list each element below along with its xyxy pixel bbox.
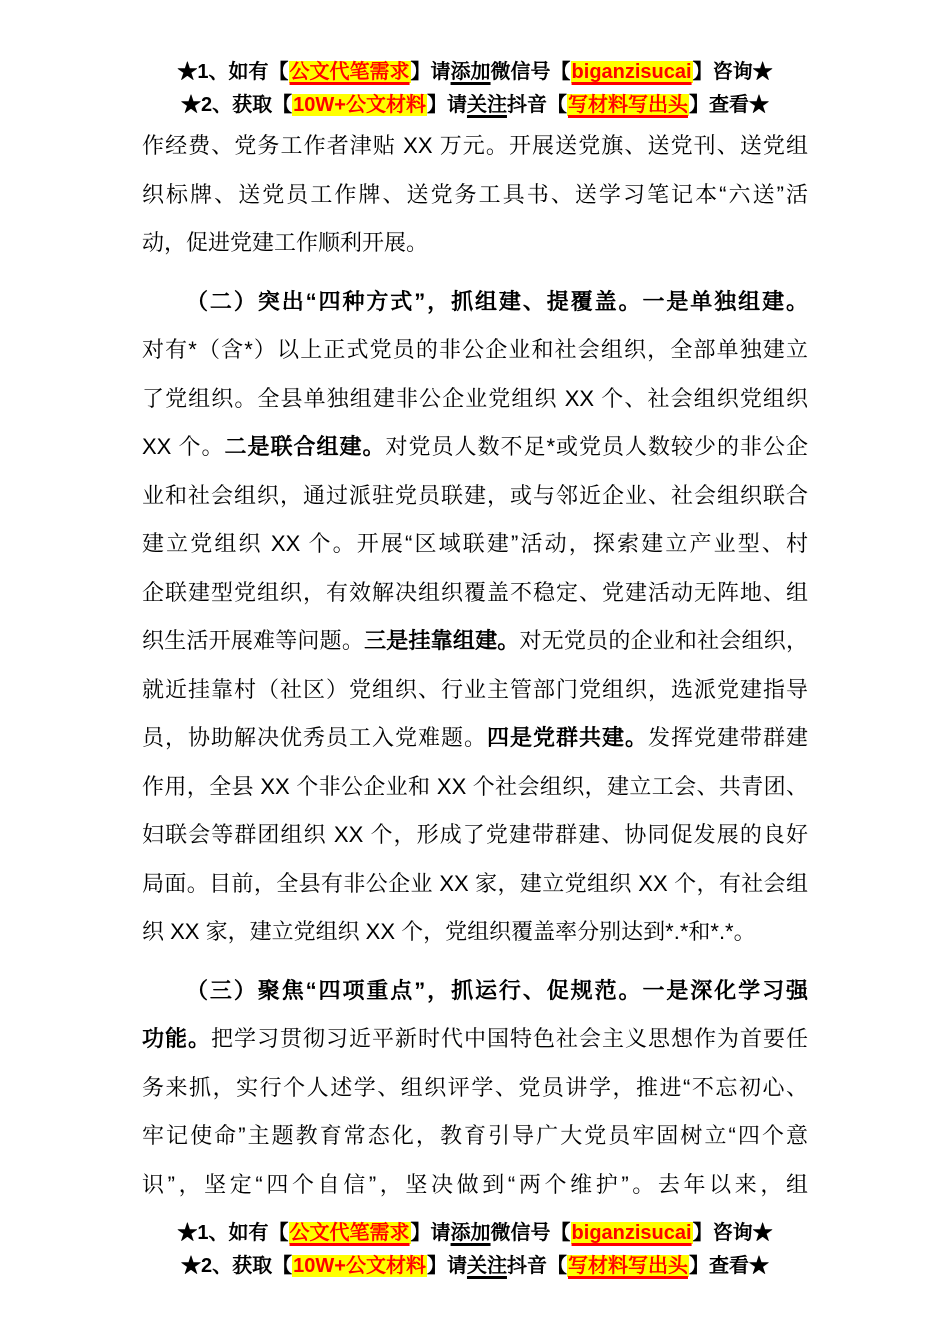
body-line: 就近挂靠村（社区）党组织、行业主管部门党组织，选派党建指导: [142, 666, 808, 715]
banner-line: ★2、获取【10W+公文材料】请关注抖音【写材料写出头】查看★: [0, 1250, 950, 1283]
footer-banner: ★1、如有【公文代笔需求】请添加微信号【biganzisucai】咨询★★2、获…: [0, 1217, 950, 1283]
banner-text: ★2、获取【: [181, 1255, 292, 1277]
body-line: （三）聚焦“四项重点”，抓运行、促规范。一是深化学习强: [142, 967, 808, 1016]
text-run: 把学习贯彻习近平新时代中国特色社会主义思想作为首要任: [211, 1026, 808, 1051]
text-run: 作用，全县 XX 个非公企业和 XX 个社会组织，建立工会、共青团、: [142, 774, 808, 799]
banner-text: 微信号【: [491, 1222, 571, 1244]
body-line: 识”，坚定“四个自信”，坚决做到“两个维护”。去年以来，组: [142, 1161, 808, 1210]
text-run: 企联建型党组织，有效解决组织覆盖不稳定、党建活动无阵地、组: [142, 580, 808, 605]
underlined-word: 添加: [451, 61, 491, 83]
banner-text: 】咨询★: [693, 1222, 773, 1244]
body-line: 业和社会组织，通过派驻党员联建，或与邻近企业、社会组织联合: [142, 472, 808, 521]
text-run: 业和社会组织，通过派驻党员联建，或与邻近企业、社会组织联合: [142, 483, 808, 508]
body-line: XX 个。二是联合组建。对党员人数不足*或党员人数较少的非公企: [142, 423, 808, 472]
highlighted-phrase: 10W+公文材料: [292, 1255, 427, 1277]
underlined-word: 添加: [451, 1222, 491, 1244]
banner-line: ★2、获取【10W+公文材料】请关注抖音【写材料写出头】查看★: [0, 89, 950, 122]
text-run: 牢记使命”主题教育常态化，教育引导广大党员牢固树立“四个意: [142, 1123, 808, 1148]
banner-text: 】请: [411, 61, 451, 83]
text-run: 局面。目前，全县有非公企业 XX 家，建立党组织 XX 个，有社会组: [142, 871, 808, 896]
text-run: 了党组织。全县单独组建非公企业党组织 XX 个、社会组织党组织: [142, 386, 808, 411]
body-line: 作用，全县 XX 个非公企业和 XX 个社会组织，建立工会、共青团、: [142, 763, 808, 812]
bold-text-run: （二）突出“四种方式”，抓组建、提覆盖。一是单独组建。: [186, 289, 808, 314]
banner-text: 】请: [411, 1222, 451, 1244]
bold-text-run: 二是联合组建。: [224, 434, 385, 459]
body-line: 局面。目前，全县有非公企业 XX 家，建立党组织 XX 个，有社会组: [142, 860, 808, 909]
body-line: 动，促进党建工作顺利开展。: [142, 219, 808, 268]
banner-text: 抖音【: [507, 1255, 567, 1277]
body-line: 企联建型党组织，有效解决组织覆盖不稳定、党建活动无阵地、组: [142, 569, 808, 618]
body-line: 作经费、党务工作者津贴 XX 万元。开展送党旗、送党刊、送党组: [142, 122, 808, 171]
body-line: 功能。把学习贯彻习近平新时代中国特色社会主义思想作为首要任: [142, 1015, 808, 1064]
body-line: 织生活开展难等问题。三是挂靠组建。对无党员的企业和社会组织，: [142, 617, 808, 666]
highlighted-phrase: 写材料写出头: [567, 94, 689, 116]
text-run: 织 XX 家，建立党组织 XX 个，党组织覆盖率分别达到*.*和*.*。: [142, 919, 756, 944]
underlined-word: 关注: [467, 1255, 507, 1277]
banner-line: ★1、如有【公文代笔需求】请添加微信号【biganzisucai】咨询★: [0, 1217, 950, 1250]
banner-text: 】请: [427, 1255, 467, 1277]
highlighted-phrase: 公文代笔需求: [289, 1222, 411, 1244]
text-run: 妇联会等群团组织 XX 个，形成了党建带群建、协同促发展的良好: [142, 822, 808, 847]
highlighted-phrase: biganzisucai: [571, 61, 693, 83]
text-run: 对党员人数不足*或党员人数较少的非公企: [385, 434, 808, 459]
body-line: （二）突出“四种方式”，抓组建、提覆盖。一是单独组建。: [142, 278, 808, 327]
body-line: 织标牌、送党员工作牌、送党务工具书、送学习笔记本“六送”活: [142, 171, 808, 220]
body-line: 员，协助解决优秀员工入党难题。四是党群共建。发挥党建带群建: [142, 714, 808, 763]
body-line: 织 XX 家，建立党组织 XX 个，党组织覆盖率分别达到*.*和*.*。: [142, 908, 808, 957]
banner-text: 抖音【: [507, 94, 567, 116]
banner-text: ★1、如有【: [177, 61, 288, 83]
body-line: 务来抓，实行个人述学、组织评学、党员讲学，推进“不忘初心、: [142, 1064, 808, 1113]
text-run: 识”，坚定“四个自信”，坚决做到“两个维护”。去年以来，组: [142, 1172, 808, 1197]
text-run: 织标牌、送党员工作牌、送党务工具书、送学习笔记本“六送”活: [142, 182, 808, 207]
text-run: 员，协助解决优秀员工入党难题。: [142, 725, 487, 750]
banner-line: ★1、如有【公文代笔需求】请添加微信号【biganzisucai】咨询★: [0, 56, 950, 89]
document-body: 作经费、党务工作者津贴 XX 万元。开展送党旗、送党刊、送党组织标牌、送党员工作…: [142, 122, 808, 1209]
highlighted-phrase: 10W+公文材料: [292, 94, 427, 116]
text-run: XX 个。: [142, 434, 224, 459]
text-run: 发挥党建带群建: [648, 725, 808, 750]
banner-text: 】查看★: [689, 94, 769, 116]
banner-text: 微信号【: [491, 61, 571, 83]
highlighted-phrase: 写材料写出头: [567, 1255, 689, 1277]
highlighted-phrase: biganzisucai: [571, 1222, 693, 1244]
banner-text: 】咨询★: [693, 61, 773, 83]
bold-text-run: （三）聚焦“四项重点”，抓运行、促规范。一是深化学习强: [186, 978, 808, 1003]
text-run: 动，促进党建工作顺利开展。: [142, 230, 428, 255]
text-run: 就近挂靠村（社区）党组织、行业主管部门党组织，选派党建指导: [142, 677, 808, 702]
header-banner: ★1、如有【公文代笔需求】请添加微信号【biganzisucai】咨询★★2、获…: [0, 0, 950, 122]
banner-text: 】请: [427, 94, 467, 116]
banner-text: ★1、如有【: [177, 1222, 288, 1244]
bold-text-run: 三是挂靠组建。: [364, 628, 519, 653]
banner-text: 】查看★: [689, 1255, 769, 1277]
body-line: 对有*（含*）以上正式党员的非公企业和社会组织，全部单独建立: [142, 326, 808, 375]
text-run: 对有*（含*）以上正式党员的非公企业和社会组织，全部单独建立: [142, 337, 808, 362]
text-run: 织生活开展难等问题。: [142, 628, 364, 653]
underlined-word: 关注: [467, 94, 507, 116]
bold-text-run: 四是党群共建。: [487, 725, 648, 750]
body-line: 牢记使命”主题教育常态化，教育引导广大党员牢固树立“四个意: [142, 1112, 808, 1161]
bold-text-run: 功能。: [142, 1026, 211, 1051]
text-run: 建立党组织 XX 个。开展“区域联建”活动，探索建立产业型、村: [142, 531, 808, 556]
text-run: 对无党员的企业和社会组织，: [520, 628, 808, 653]
body-line: 了党组织。全县单独组建非公企业党组织 XX 个、社会组织党组织: [142, 375, 808, 424]
banner-text: ★2、获取【: [181, 94, 292, 116]
body-line: 建立党组织 XX 个。开展“区域联建”活动，探索建立产业型、村: [142, 520, 808, 569]
document-page: ★1、如有【公文代笔需求】请添加微信号【biganzisucai】咨询★★2、获…: [0, 0, 950, 1344]
highlighted-phrase: 公文代笔需求: [289, 61, 411, 83]
body-line: 妇联会等群团组织 XX 个，形成了党建带群建、协同促发展的良好: [142, 811, 808, 860]
text-run: 务来抓，实行个人述学、组织评学、党员讲学，推进“不忘初心、: [142, 1075, 808, 1100]
text-run: 作经费、党务工作者津贴 XX 万元。开展送党旗、送党刊、送党组: [142, 133, 808, 158]
